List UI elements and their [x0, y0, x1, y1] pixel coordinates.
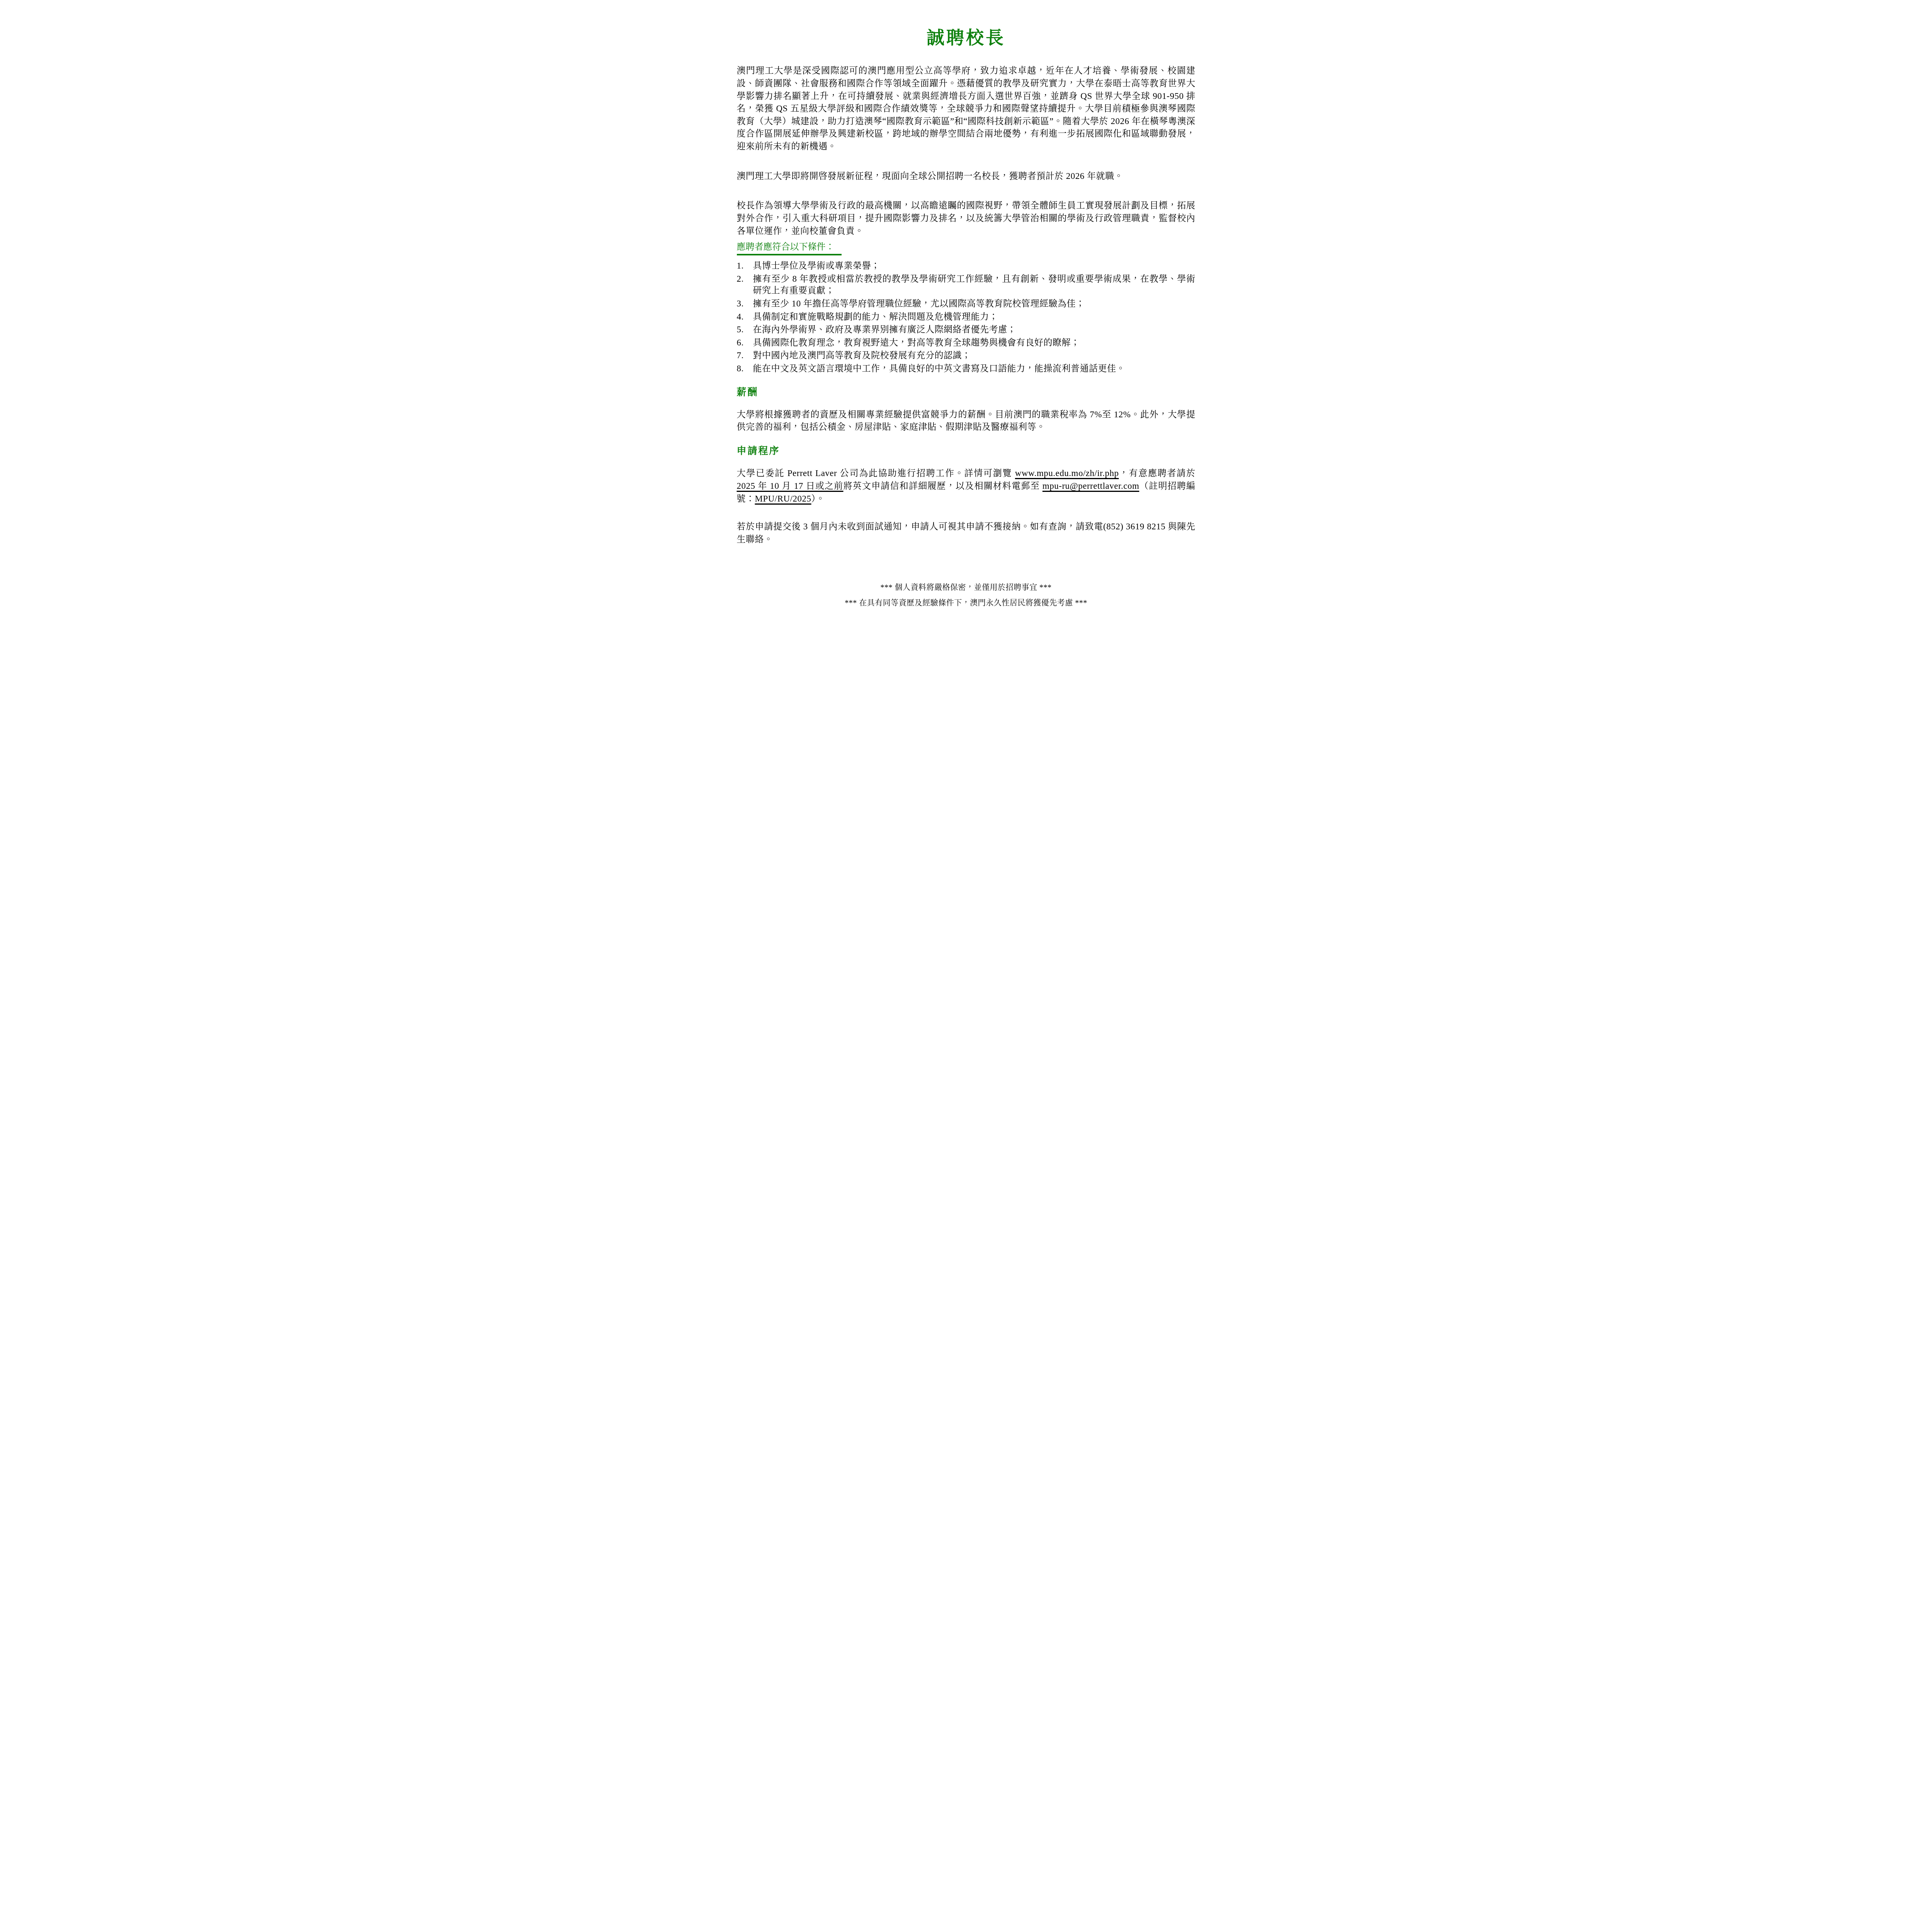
condition-text: 具備國際化教育理念，教育視野遠大，對高等教育全球趨勢與機會有良好的瞭解； — [753, 337, 1196, 349]
page-title: 誠聘校長 — [737, 27, 1196, 48]
condition-text: 對中國內地及澳門高等教育及院校發展有充分的認識； — [753, 350, 1196, 362]
condition-number: 4. — [737, 311, 753, 323]
application-section-heading: 申請程序 — [737, 445, 1196, 457]
conditions-list: 1. 具博士學位及學術或專業榮譽； 2. 擁有至少 8 年教授或相當於教授的教學… — [737, 260, 1196, 374]
confidentiality-footer: *** 個人資料將嚴格保密，並僅用於招聘事宜 *** *** 在具有同等資歷及經… — [737, 580, 1196, 611]
underlined-text: MPU/RU/2025 — [755, 494, 811, 503]
condition-text: 具備制定和實施戰略規劃的能力、解決問題及危機管理能力； — [753, 311, 1196, 323]
condition-number: 1. — [737, 260, 753, 272]
president-role-paragraph: 校長作為領導大學學術及行政的最高機關，以高瞻遠矚的國際視野，帶領全體師生員工實現… — [737, 199, 1196, 237]
enquiry-paragraph: 若於申請提交後 3 個月內未收到面試通知，申請人可視其申請不獲接納。如有查詢，請… — [737, 520, 1196, 546]
condition-text: 具博士學位及學術或專業榮譽； — [753, 260, 1196, 272]
document-page: 誠聘校長 澳門理工大學是深受國際認可的澳門應用型公立高等學府，致力追求卓越，近年… — [720, 0, 1213, 638]
condition-item-4: 4. 具備制定和實施戰略規劃的能力、解決問題及危機管理能力； — [737, 311, 1196, 323]
condition-text: 擁有至少 8 年教授或相當於教授的教學及學術研究工作經驗，且有創新、發明或重要學… — [753, 273, 1196, 297]
salary-paragraph: 大學將根據獲聘者的資歷及相關專業經驗提供富競爭力的薪酬。目前澳門的職業稅率為 7… — [737, 408, 1196, 434]
underlined-text: 2025 年 10 月 17 日或之前 — [737, 481, 844, 491]
condition-number: 8. — [737, 363, 753, 375]
condition-number: 6. — [737, 337, 753, 349]
condition-item-1: 1. 具博士學位及學術或專業榮譽； — [737, 260, 1196, 272]
plain-text: 大學已委託 Perrett Laver 公司為此協助進行招聘工作。詳情可瀏覽 — [737, 468, 1015, 478]
plain-text: 將英文申請信和詳細履歷，以及相關材料電郵至 — [844, 481, 1043, 491]
condition-item-3: 3. 擁有至少 10 年擔任高等學府管理職位經驗，尤以國際高等教育院校管理經驗為… — [737, 298, 1196, 310]
conditions-heading-text: 應聘者應符合以下條件： — [737, 241, 842, 255]
condition-item-2: 2. 擁有至少 8 年教授或相當於教授的教學及學術研究工作經驗，且有創新、發明或… — [737, 273, 1196, 297]
salary-section-heading: 薪酬 — [737, 386, 1196, 398]
recruitment-announcement-paragraph: 澳門理工大學即將開啓發展新征程，現面向全球公開招聘一名校長，獲聘者預計於 202… — [737, 170, 1196, 183]
condition-number: 3. — [737, 298, 753, 310]
condition-text: 在海內外學術界、政府及專業界別擁有廣泛人際網絡者優先考慮； — [753, 324, 1196, 336]
condition-text: 擁有至少 10 年擔任高等學府管理職位經驗，尤以國際高等教育院校管理經驗為佳； — [753, 298, 1196, 310]
condition-item-6: 6. 具備國際化教育理念，教育視野遠大，對高等教育全球趨勢與機會有良好的瞭解； — [737, 337, 1196, 349]
intro-paragraph-1: 澳門理工大學是深受國際認可的澳門應用型公立高等學府，致力追求卓越，近年在人才培養… — [737, 65, 1196, 153]
inline-link[interactable]: www.mpu.edu.mo/zh/ir.php — [1015, 468, 1119, 478]
condition-number: 5. — [737, 324, 753, 336]
condition-number: 7. — [737, 350, 753, 362]
condition-item-7: 7. 對中國內地及澳門高等教育及院校發展有充分的認識； — [737, 350, 1196, 362]
application-paragraph: 大學已委託 Perrett Laver 公司為此協助進行招聘工作。詳情可瀏覽 w… — [737, 467, 1196, 505]
footer-line-2: *** 在具有同等資歷及經驗條件下，澳門永久性居民將獲優先考慮 *** — [737, 595, 1196, 611]
plain-text: ）。 — [811, 494, 825, 503]
inline-link[interactable]: mpu-ru@perrettlaver.com — [1043, 481, 1139, 491]
plain-text: ，有意應聘者請於 — [1119, 468, 1195, 478]
condition-item-5: 5. 在海內外學術界、政府及專業界別擁有廣泛人際網絡者優先考慮； — [737, 324, 1196, 336]
condition-item-8: 8. 能在中文及英文語言環境中工作，具備良好的中英文書寫及口語能力，能操流利普通… — [737, 363, 1196, 375]
conditions-heading: 應聘者應符合以下條件： — [737, 241, 1196, 255]
condition-number: 2. — [737, 273, 753, 297]
footer-line-1: *** 個人資料將嚴格保密，並僅用於招聘事宜 *** — [737, 580, 1196, 595]
condition-text: 能在中文及英文語言環境中工作，具備良好的中英文書寫及口語能力，能操流利普通話更佳… — [753, 363, 1196, 375]
